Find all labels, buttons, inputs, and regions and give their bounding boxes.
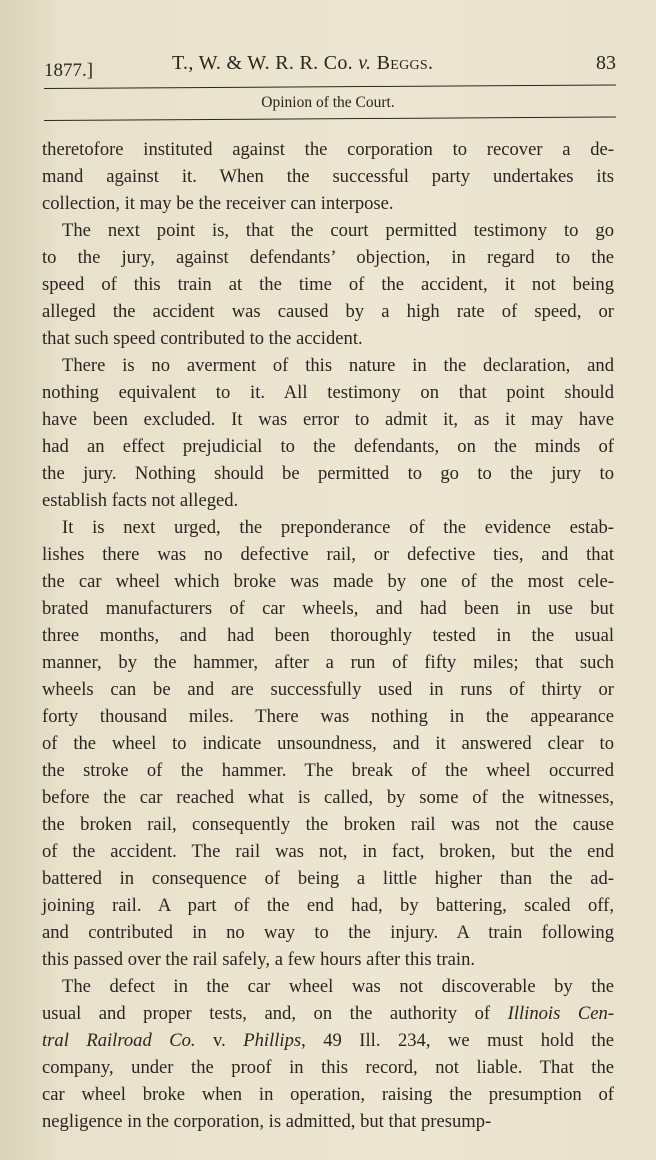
text-line: alleged the accident was caused by a hig… (42, 298, 614, 325)
paragraph: The next point is, that the court permit… (42, 217, 614, 352)
text-line: lishes there was no defective rail, or d… (42, 541, 614, 568)
paragraph: There is no averment of this nature in t… (42, 352, 614, 514)
text-line: wheels can be and are successfully used … (42, 676, 614, 703)
text-line: usual and proper tests, and, on the auth… (42, 1000, 614, 1027)
text-line: to the jury, against defendants’ objecti… (42, 244, 614, 271)
text-line: car wheel broke when in operation, raisi… (42, 1081, 614, 1108)
text-line: forty thousand miles. There was nothing … (42, 703, 614, 730)
text-line: brated manufacturers of car wheels, and … (42, 595, 614, 622)
text-line: have been excluded. It was error to admi… (42, 406, 614, 433)
text-line: and contributed in no way to the injury.… (42, 919, 614, 946)
case-title-defendant: Beggs. (371, 52, 433, 74)
case-title-versus: v. (358, 52, 371, 74)
case-title-parties: T., W. & W. R. R. Co. (172, 52, 358, 74)
text-line: nothing equivalent to it. All testimony … (42, 379, 614, 406)
paragraph: The defect in the car wheel was not disc… (42, 973, 614, 1135)
text-line: of the wheel to indicate unsoundness, an… (42, 730, 614, 757)
text-line: establish facts not alleged. (42, 487, 614, 514)
section-subtitle: Opinion of the Court. (0, 94, 656, 112)
text-line: There is no averment of this nature in t… (42, 352, 614, 379)
text-line: theretofore instituted against the corpo… (42, 136, 614, 163)
text-line: before the car reached what is called, b… (42, 784, 614, 811)
text-line: mand against it. When the successful par… (42, 163, 614, 190)
text-line: three months, and had been thoroughly te… (42, 622, 614, 649)
year-label: 1877.] (44, 60, 93, 82)
opinion-text: theretofore instituted against the corpo… (42, 136, 614, 1135)
paragraph: theretofore instituted against the corpo… (42, 136, 614, 217)
header-rule-top (44, 85, 616, 89)
text-line: the stroke of the hammer. The break of t… (42, 757, 614, 784)
text-line: negligence in the corporation, is admitt… (42, 1108, 614, 1135)
text-line: of the accident. The rail was not, in fa… (42, 838, 614, 865)
text-line: the broken rail, consequently the broken… (42, 811, 614, 838)
text-line: the jury. Nothing should be permitted to… (42, 460, 614, 487)
page-number: 83 (596, 52, 616, 75)
text-line: had an effect prejudicial to the defenda… (42, 433, 614, 460)
book-page: 1877.] T., W. & W. R. R. Co. v. Beggs. 8… (0, 0, 656, 1160)
paragraph: It is next urged, the preponderance of t… (42, 514, 614, 973)
text-line: The defect in the car wheel was not disc… (42, 973, 614, 1000)
text-line: The next point is, that the court permit… (42, 217, 614, 244)
text-line: that such speed contributed to the accid… (42, 325, 614, 352)
text-line: manner, by the hammer, after a run of fi… (42, 649, 614, 676)
text-line: the car wheel which broke was made by on… (42, 568, 614, 595)
case-title: T., W. & W. R. R. Co. v. Beggs. (172, 52, 433, 75)
header-rule-bottom (44, 117, 616, 121)
text-line: battered in consequence of being a littl… (42, 865, 614, 892)
text-line: company, under the proof in this record,… (42, 1054, 614, 1081)
text-line: tral Railroad Co. v. Phillips, 49 Ill. 2… (42, 1027, 614, 1054)
text-line: collection, it may be the receiver can i… (42, 190, 614, 217)
text-line: joining rail. A part of the end had, by … (42, 892, 614, 919)
text-line: It is next urged, the preponderance of t… (42, 514, 614, 541)
text-line: speed of this train at the time of the a… (42, 271, 614, 298)
running-head: 1877.] T., W. & W. R. R. Co. v. Beggs. 8… (44, 52, 616, 82)
text-line: this passed over the rail safely, a few … (42, 946, 614, 973)
